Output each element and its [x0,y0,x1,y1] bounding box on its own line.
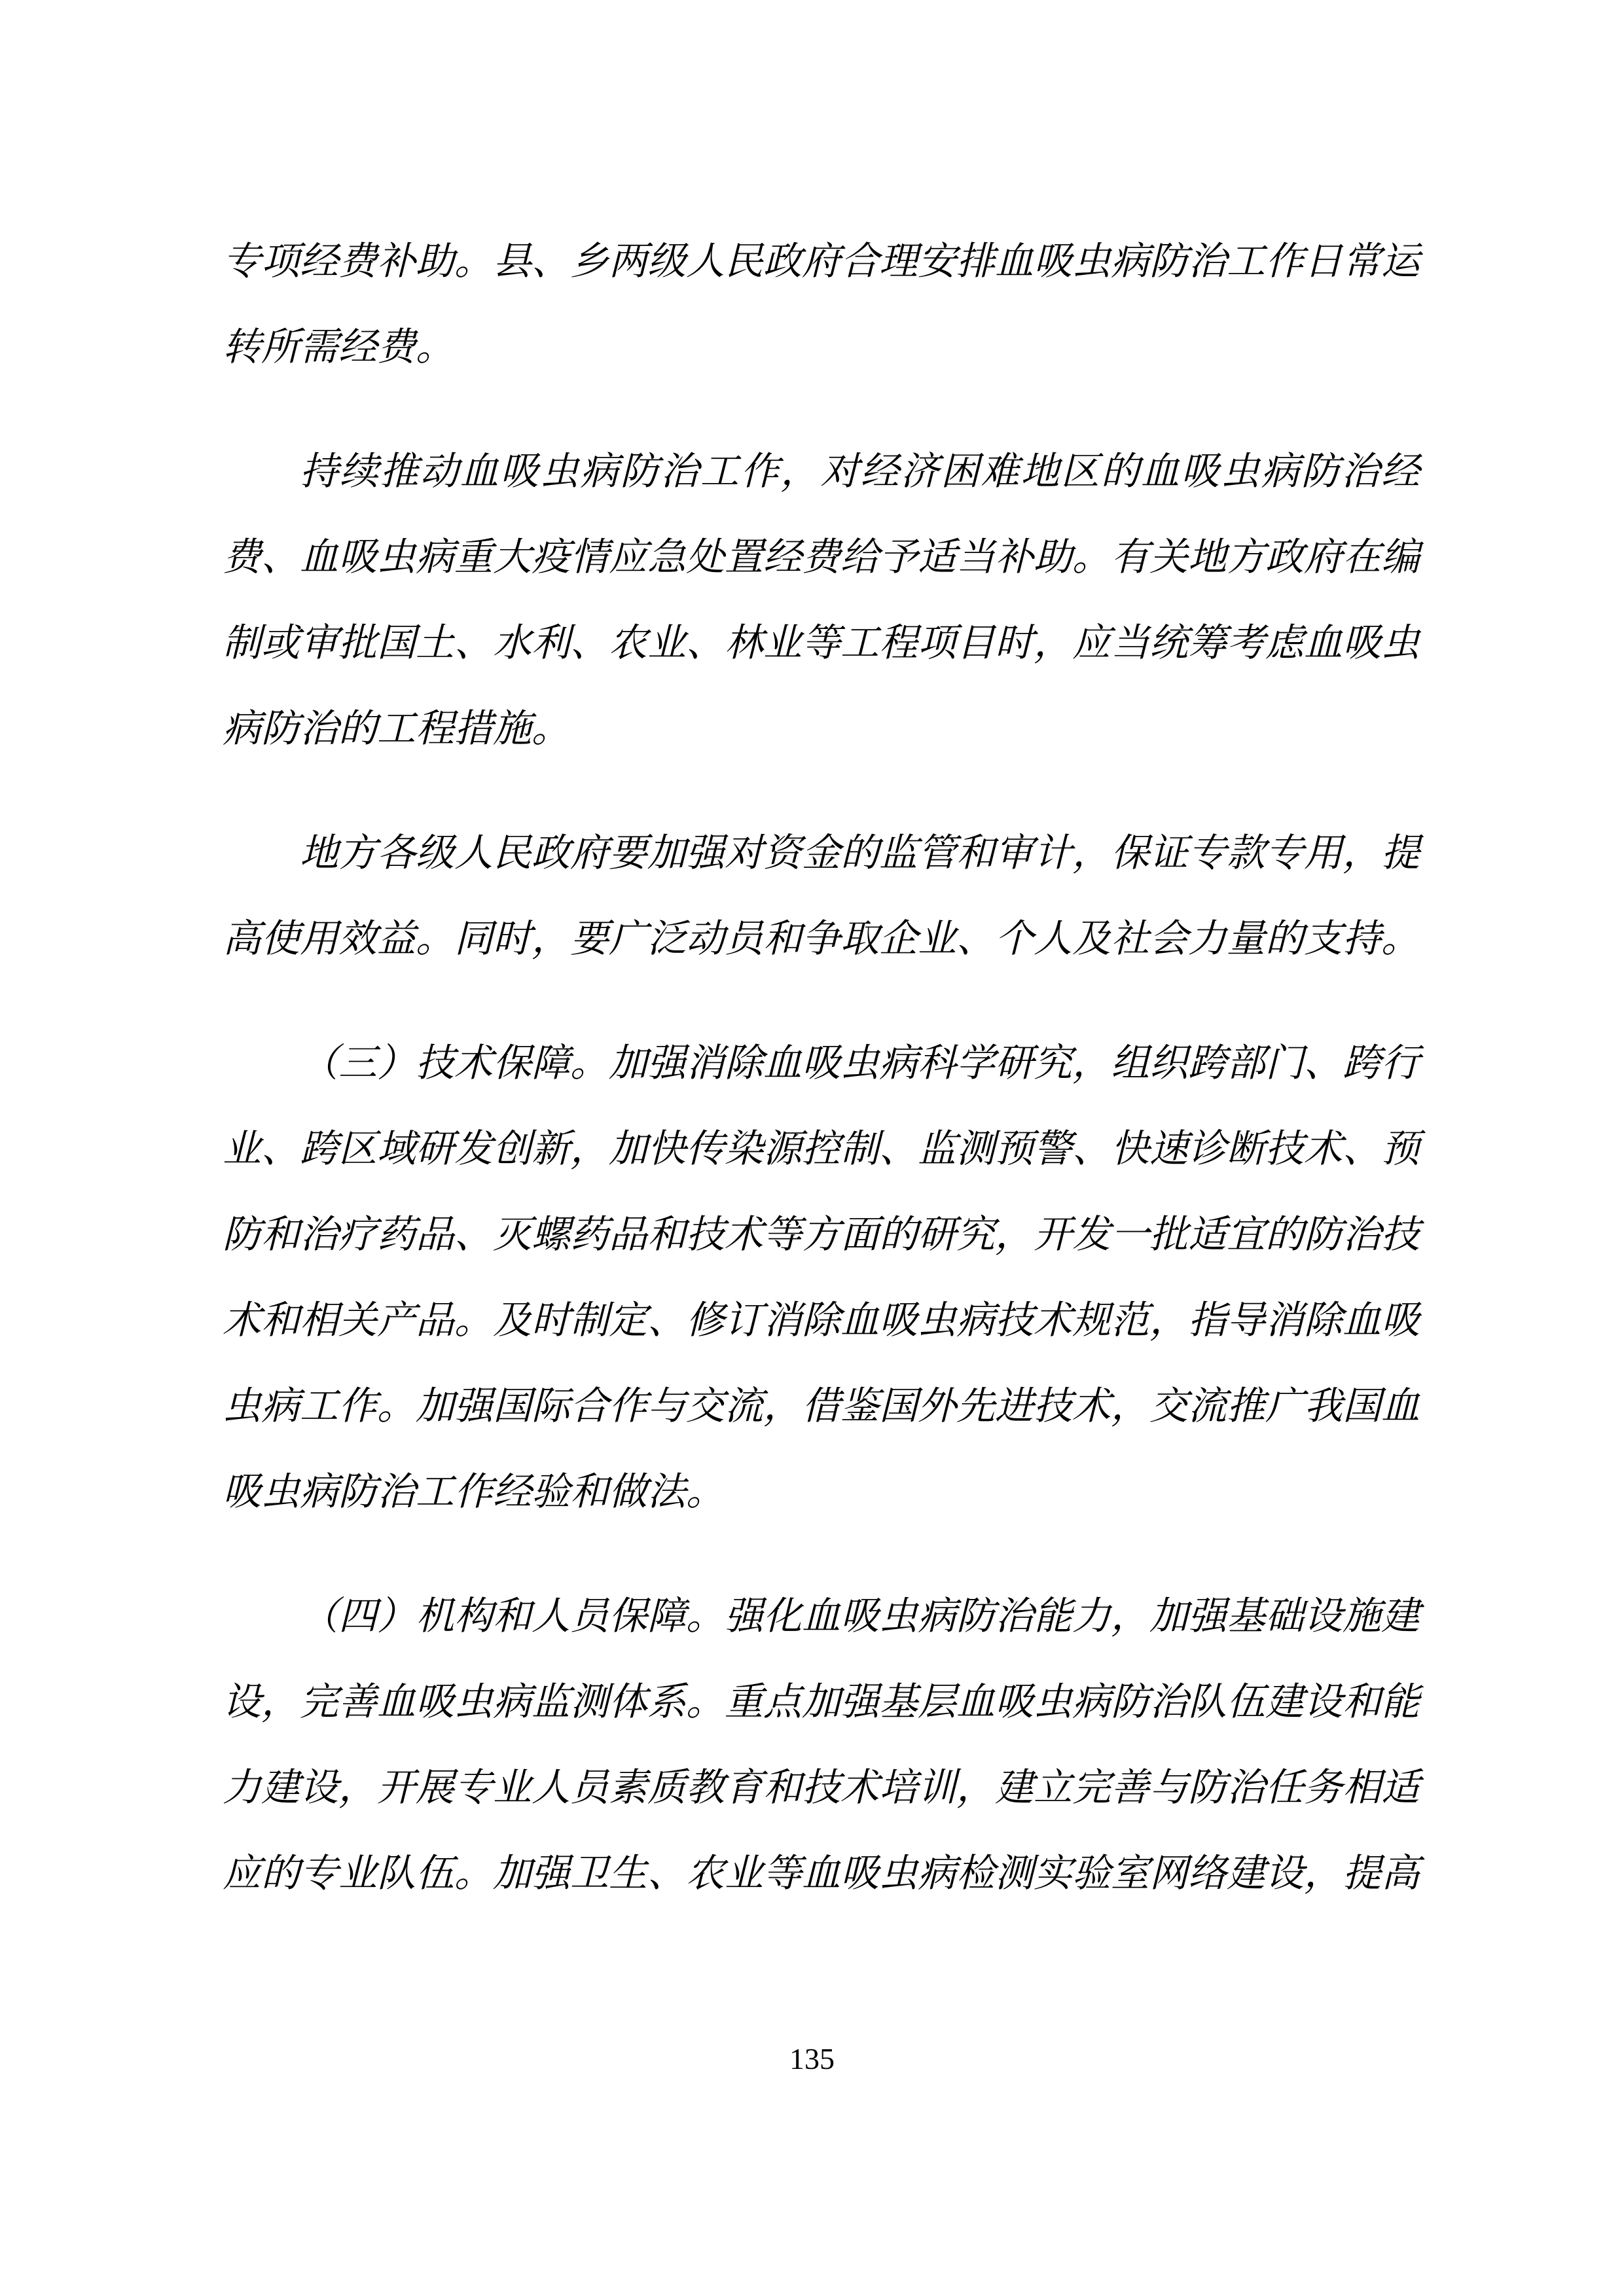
paragraph-institution-personnel-support: （四）机构和人员保障。强化血吸虫病防治能力，加强基础设施建设，完善血吸虫病监测体… [223,1573,1420,1916]
paragraph-fund-supervision: 地方各级人民政府要加强对资金的监管和审计，保证专款专用，提高使用效益。同时，要广… [223,810,1420,982]
page-number: 135 [0,2041,1624,2077]
paragraph-funding-continuation: 专项经费补助。县、乡两级人民政府合理安排血吸虫病防治工作日常运转所需经费。 [223,219,1420,390]
document-body: 专项经费补助。县、乡两级人民政府合理安排血吸虫病防治工作日常运转所需经费。 持续… [223,219,1420,1955]
document-page: 专项经费补助。县、乡两级人民政府合理安排血吸虫病防治工作日常运转所需经费。 持续… [0,0,1624,2296]
paragraph-funding-subsidy: 持续推动血吸虫病防治工作，对经济困难地区的血吸虫病防治经费、血吸虫病重大疫情应急… [223,429,1420,772]
paragraph-technical-support: （三）技术保障。加强消除血吸虫病科学研究，组织跨部门、跨行业、跨区域研发创新，加… [223,1020,1420,1535]
